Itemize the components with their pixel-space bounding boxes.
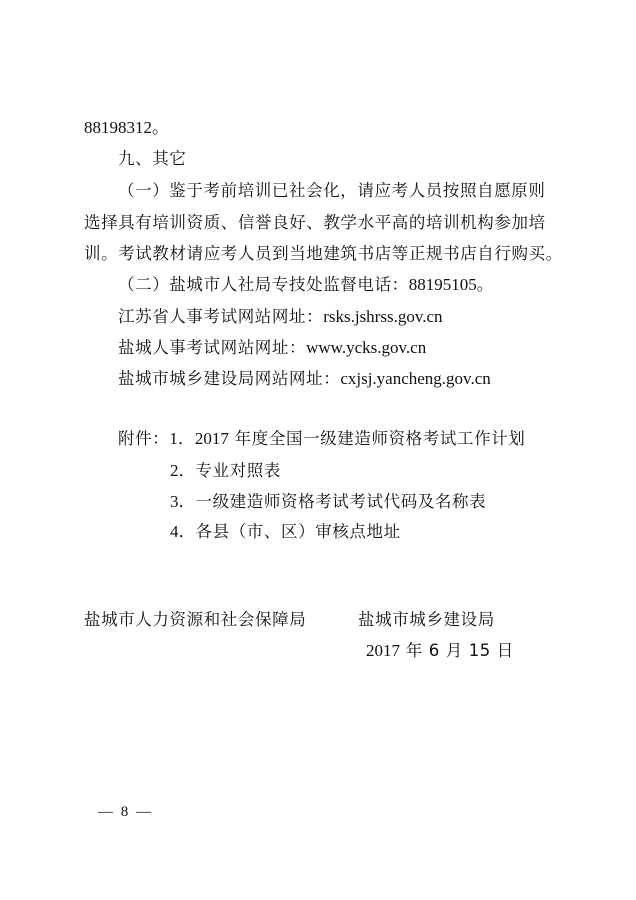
issue-date-year: 2017 <box>366 641 400 660</box>
website-label: 盐城人事考试网站网址： <box>118 338 306 357</box>
paragraph-1-line-3: 训。考试教材请应考人员到当地建筑书店等正规书店自行购买。 <box>84 243 563 265</box>
attachment-title: 一级建造师资格考试考试代码及名称表 <box>196 492 487 511</box>
attachment-title: 专业对照表 <box>196 461 282 480</box>
attachment-item-4: 4．各县（市、区）审核点地址 <box>170 521 401 543</box>
issue-date-rest: 年 6 月 15 日 <box>406 641 514 660</box>
page-number: — 8 — <box>98 804 153 821</box>
supervision-phone-number: 88195105。 <box>409 275 494 294</box>
continuation-text: 88198312。 <box>84 117 169 139</box>
paragraph-1-line-2: 选择具有培训资质、信誉良好、教学水平高的培训机构参加培 <box>84 212 546 234</box>
supervision-phone-label: （二）盐城市人社局专技处监督电话： <box>118 275 409 294</box>
website-jiangsu: 江苏省人事考试网站网址：rsks.jshrss.gov.cn <box>118 306 443 328</box>
website-url[interactable]: cxjsj.yancheng.gov.cn <box>340 369 490 388</box>
website-url[interactable]: rsks.jshrss.gov.cn <box>323 307 442 326</box>
attachment-number: 4． <box>170 522 196 541</box>
attachments-label: 附件： <box>118 429 169 448</box>
attachment-number: 1． <box>169 429 195 448</box>
phone-continuation: 88198312。 <box>84 118 169 137</box>
website-label: 盐城市城乡建设局网站网址： <box>118 369 340 388</box>
section-heading-other: 九、其它 <box>118 148 186 170</box>
attachment-item-3: 3．一级建造师资格考试考试代码及名称表 <box>170 491 486 513</box>
attachment-year: 2017 <box>195 429 229 448</box>
attachment-number: 2． <box>170 461 196 480</box>
website-construction-bureau: 盐城市城乡建设局网站网址：cxjsj.yancheng.gov.cn <box>118 368 491 390</box>
paragraph-1-line-1: （一）鉴于考前培训已社会化，请应考人员按照自愿原则 <box>118 180 546 202</box>
website-yancheng-exam: 盐城人事考试网站网址：www.ycks.gov.cn <box>118 337 426 359</box>
attachment-number: 3． <box>170 492 196 511</box>
issue-date: 2017 年 6 月 15 日 <box>366 640 514 662</box>
issuer-hr-bureau: 盐城市人力资源和社会保障局 <box>84 609 306 631</box>
attachment-title: 年度全国一级建造师资格考试工作计划 <box>235 429 526 448</box>
supervision-phone-line: （二）盐城市人社局专技处监督电话：88195105。 <box>118 274 494 296</box>
attachment-item-1: 附件：1．2017 年度全国一级建造师资格考试工作计划 <box>118 428 525 450</box>
website-label: 江苏省人事考试网站网址： <box>118 307 323 326</box>
attachment-title: 各县（市、区）审核点地址 <box>196 522 401 541</box>
attachment-item-2: 2．专业对照表 <box>170 460 281 482</box>
issuer-construction-bureau: 盐城市城乡建设局 <box>358 609 495 631</box>
website-url[interactable]: www.ycks.gov.cn <box>306 338 426 357</box>
